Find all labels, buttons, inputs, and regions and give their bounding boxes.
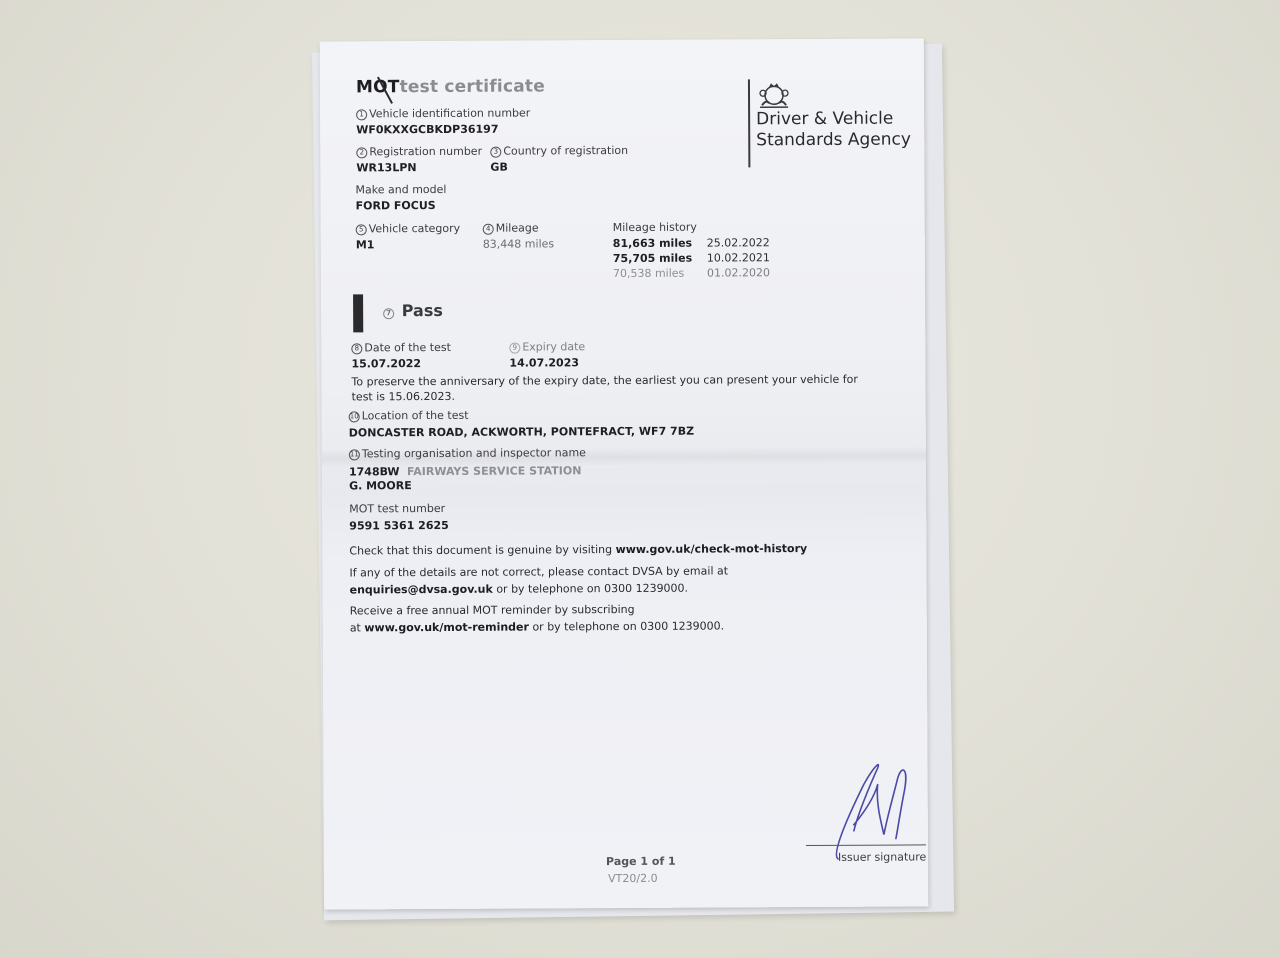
inspector-name: G. MOORE	[349, 479, 412, 492]
form-code: VT20/2.0	[608, 872, 658, 885]
location-label: 10Location of the test	[349, 409, 469, 423]
contact-note-line2: enquiries@dvsa.gov.uk or by telephone on…	[350, 582, 689, 597]
country-value: GB	[490, 161, 507, 174]
make-model-value: FORD FOCUS	[356, 199, 436, 212]
royal-crest-icon	[758, 81, 790, 109]
contact-note-line1: If any of the details are not correct, p…	[349, 564, 728, 579]
registration-value: WR13LPN	[356, 161, 416, 174]
test-number-label: MOT test number	[349, 502, 445, 516]
mileage-label: 4Mileage	[483, 221, 539, 234]
expiry-date-label: 9Expiry date	[509, 340, 585, 353]
page-number: Page 1 of 1	[606, 855, 676, 868]
mileage-history-date-1: 25.02.2022	[707, 236, 770, 249]
mot-reminder-link[interactable]: www.gov.uk/mot-reminder	[364, 621, 529, 635]
mot-certificate: MOTtest certificate Driver & Vehicle Sta…	[320, 38, 929, 909]
testing-org-site-name: FAIRWAYS SERVICE STATION	[407, 464, 582, 478]
testing-org-label: 11Testing organisation and inspector nam…	[349, 446, 586, 460]
result-marker	[353, 294, 363, 332]
issuer-signature	[823, 754, 914, 864]
location-value: DONCASTER ROAD, ACKWORTH, PONTEFRACT, WF…	[349, 425, 694, 440]
reminder-note-line1: Receive a free annual MOT reminder by su…	[350, 603, 635, 617]
signature-label: Issuer signature	[838, 850, 926, 863]
testing-org-site-code: 1748BW	[349, 465, 400, 478]
test-result: 7 Pass	[383, 301, 443, 320]
vin-value: WF0KXXGCBKDP36197	[356, 123, 498, 137]
mileage-history-miles-1: 81,663 miles	[613, 237, 692, 250]
agency-name: Driver & Vehicle Standards Agency	[756, 108, 916, 151]
check-mot-history-link[interactable]: www.gov.uk/check-mot-history	[616, 542, 808, 556]
make-model-label: Make and model	[355, 183, 446, 196]
mileage-value: 83,448 miles	[483, 237, 554, 250]
mileage-history-miles-2: 75,705 miles	[613, 252, 692, 265]
test-date-value: 15.07.2022	[351, 357, 421, 370]
vin-label: 1Vehicle identification number	[356, 106, 530, 120]
expiry-date-value: 14.07.2023	[509, 356, 579, 369]
anniversary-note: To preserve the anniversary of the expir…	[351, 372, 871, 405]
mileage-history-miles-3: 70,538 miles	[613, 267, 684, 280]
check-genuine-note: Check that this document is genuine by v…	[349, 542, 807, 557]
test-number-value: 9591 5361 2625	[349, 519, 449, 533]
vehicle-category-value: M1	[356, 238, 375, 251]
test-date-label: 8Date of the test	[351, 341, 451, 355]
dvsa-email-link[interactable]: enquiries@dvsa.gov.uk	[350, 583, 493, 597]
registration-label: 2Registration number	[356, 145, 482, 159]
mileage-history-date-3: 01.02.2020	[707, 266, 770, 279]
vehicle-category-label: 5Vehicle category	[356, 222, 461, 236]
logo-divider	[748, 79, 750, 167]
reminder-note-line2: at www.gov.uk/mot-reminder or by telepho…	[350, 619, 724, 634]
mileage-history-label: Mileage history	[613, 221, 697, 234]
country-label: 3Country of registration	[490, 144, 628, 158]
mileage-history-date-2: 10.02.2021	[707, 251, 770, 264]
